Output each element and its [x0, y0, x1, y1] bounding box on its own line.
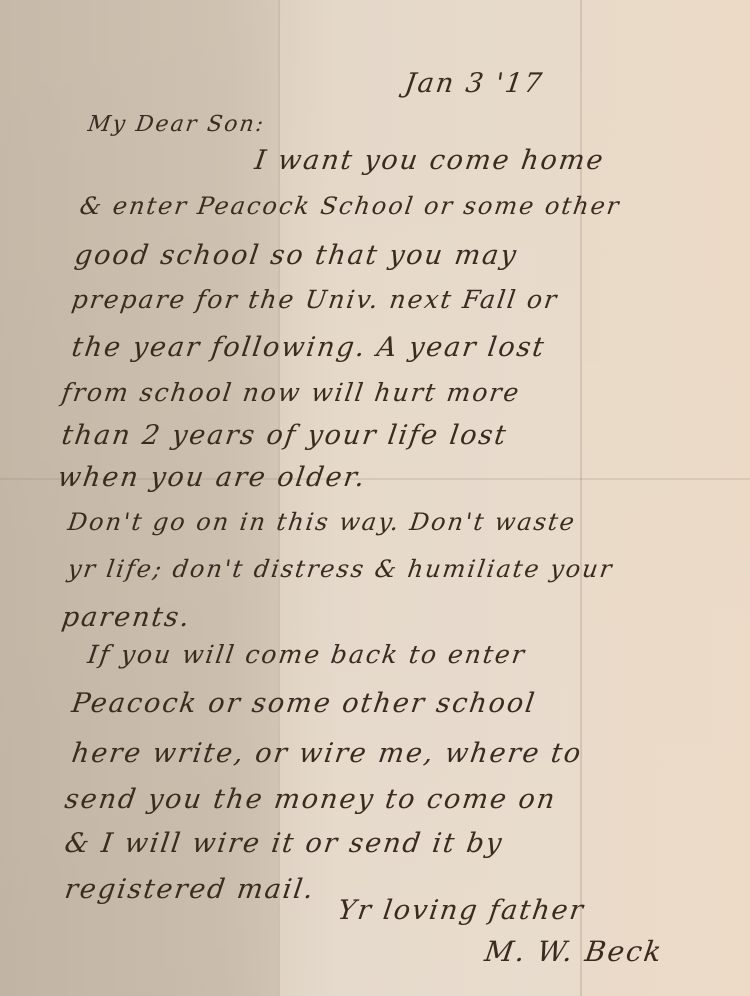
letter-closing: Yr loving father [336, 895, 587, 926]
letter-line: parents. [60, 602, 193, 633]
letter-line: the year following. A year lost [70, 332, 548, 363]
letter-line: Peacock or some other school [70, 688, 538, 719]
letter-line: from school now will hurt more [60, 378, 522, 407]
letter-signature: M. W. Beck [483, 935, 666, 968]
letter-line: & I will wire it or send it by [63, 828, 506, 859]
letter-line: when you are older. [56, 462, 369, 493]
letter-line: & enter Peacock School or some other [78, 192, 622, 220]
letter-line: good school so that you may [73, 240, 520, 271]
letter-line: I want you come home [253, 145, 607, 176]
letter-line: If you will come back to enter [86, 640, 528, 669]
letter-line: than 2 years of your life lost [60, 420, 510, 451]
letter-line: yr life; don't distress & humiliate your [66, 555, 615, 583]
letter-date: Jan 3 '17 [403, 68, 546, 99]
letter-line: prepare for the Univ. next Fall or [70, 285, 560, 314]
letter-line: Don't go on in this way. Don't waste [66, 508, 578, 536]
letter-salutation: My Dear Son: [86, 112, 267, 137]
letter-line: send you the money to come on [63, 784, 559, 815]
letter-line: registered mail. [63, 874, 317, 905]
letter-line: here write, or wire me, where to [70, 738, 585, 769]
letter-page: Jan 3 '17 My Dear Son: I want you come h… [0, 0, 750, 996]
